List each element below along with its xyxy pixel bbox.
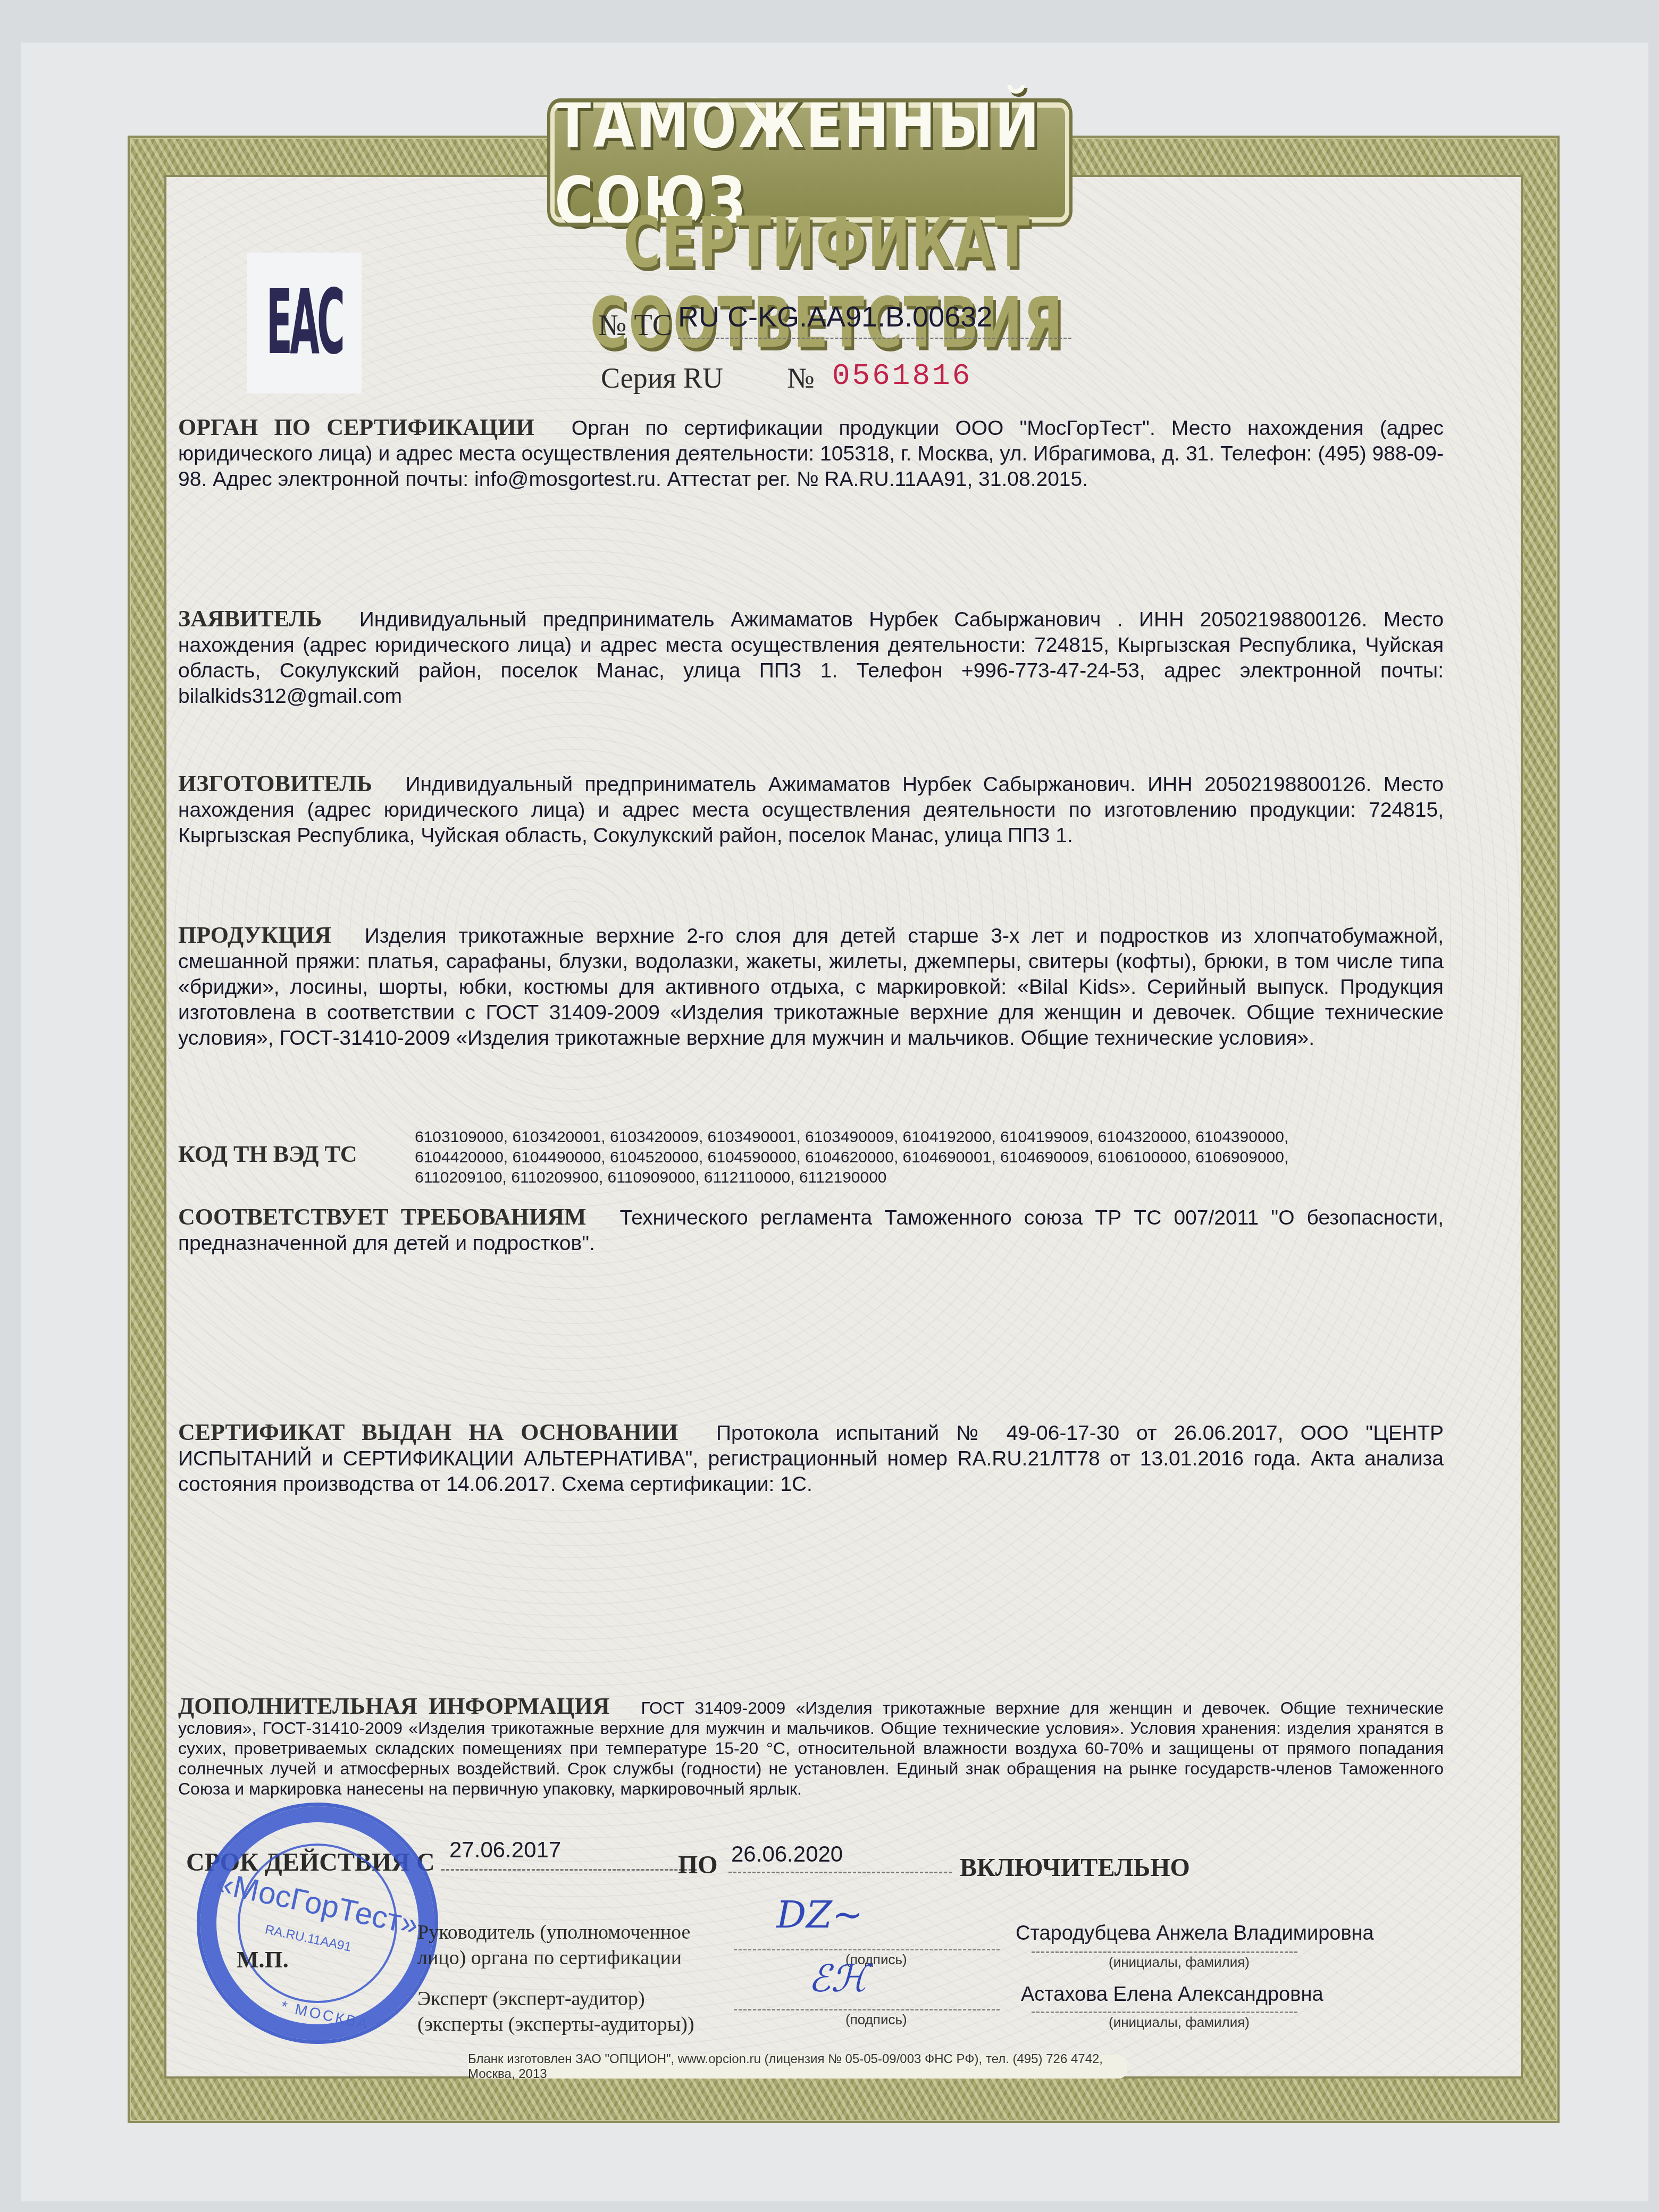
head-name: Стародубцева Анжела Владимировна: [1016, 1922, 1374, 1945]
series-number-value: 0561816: [832, 359, 972, 393]
section-heading: ОРГАН ПО СЕРТИФИКАЦИИ: [178, 414, 534, 440]
tc-number-value: RU C-KG.AA91.B.00632: [678, 300, 1071, 339]
expert-name-line: [1032, 2012, 1297, 2013]
head-signature: Ǳ~: [776, 1893, 863, 1937]
issued-basis-section: СЕРТИФИКАТ ВЫДАН НА ОСНОВАНИИ Протокола …: [178, 1420, 1444, 1497]
section-heading: СООТВЕТСТВУЕТ ТРЕБОВАНИЯМ: [178, 1204, 586, 1230]
section-text: Индивидуальный предприниматель Ажимамато…: [178, 608, 1444, 708]
tn-ved-heading: КОД ТН ВЭД ТС: [178, 1141, 357, 1168]
additional-info-section: ДОПОЛНИТЕЛЬНАЯ ИНФОРМАЦИЯ ГОСТ 31409-200…: [178, 1696, 1444, 1799]
expert-label-line-2: (эксперты (эксперты-аудиторы)): [417, 2012, 694, 2037]
head-label-line-2: лицо) органа по сертификации: [417, 1945, 690, 1971]
expert-signature-caption: (подпись): [845, 2012, 907, 2028]
expert-label-line-1: Эксперт (эксперт-аудитор): [417, 1986, 694, 2012]
validity-from-date: 27.06.2017: [449, 1837, 561, 1863]
section-heading: СЕРТИФИКАТ ВЫДАН НА ОСНОВАНИИ: [178, 1419, 678, 1445]
expert-name-caption: (инициалы, фамилия): [1109, 2014, 1250, 2031]
product-section: ПРОДУКЦИЯ Изделия трикотажные верхние 2-…: [178, 923, 1444, 1051]
validity-from-line: [441, 1869, 697, 1871]
head-signature-line: [734, 1949, 1000, 1950]
series-number-label: №: [787, 362, 815, 395]
validity-to-date: 26.06.2020: [731, 1841, 843, 1867]
section-heading: ДОПОЛНИТЕЛЬНАЯ ИНФОРМАЦИЯ: [178, 1693, 609, 1719]
validity-to-line: [728, 1872, 952, 1873]
series-label: Серия RU: [601, 362, 723, 395]
validity-to-label: ПО: [678, 1850, 718, 1880]
expert-signature: ℰℋ: [808, 1957, 868, 2000]
mosgortest-stamp: «МосГорТест» RA.RU.11AA91 * МОСКВА *: [197, 1803, 438, 2044]
head-label-line-1: Руководитель (уполномоченное: [417, 1920, 690, 1945]
tc-number-label: № ТС: [598, 308, 672, 342]
section-text: Изделия трикотажные верхние 2-го слоя дл…: [178, 925, 1444, 1050]
expert-name: Астахова Елена Александровна: [1021, 1983, 1323, 2006]
applicant-section: ЗАЯВИТЕЛЬ Индивидуальный предприниматель…: [178, 606, 1444, 709]
printer-note: Бланк изготовлен ЗАО "ОПЦИОН", www.opcio…: [468, 2055, 1127, 2079]
validity-inclusive-label: ВКЛЮЧИТЕЛЬНО: [960, 1853, 1190, 1882]
manufacturer-section: ИЗГОТОВИТЕЛЬ Индивидуальный предпринимат…: [178, 771, 1444, 849]
certification-body-section: ОРГАН ПО СЕРТИФИКАЦИИ Орган по сертифика…: [178, 415, 1444, 492]
seal-place-label: М.П.: [237, 1946, 289, 1973]
section-heading: ИЗГОТОВИТЕЛЬ: [178, 770, 372, 797]
head-label: Руководитель (уполномоченное лицо) орган…: [417, 1920, 690, 1971]
section-heading: ПРОДУКЦИЯ: [178, 922, 331, 948]
section-heading: ЗАЯВИТЕЛЬ: [178, 606, 322, 632]
expert-signature-line: [734, 2009, 1000, 2010]
head-name-line: [1032, 1951, 1297, 1953]
eac-logo: ЕАС: [247, 253, 362, 393]
stamp-city: * МОСКВА *: [280, 1998, 385, 2036]
conforms-section: СООТВЕТСТВУЕТ ТРЕБОВАНИЯМ Технического р…: [178, 1204, 1444, 1256]
tn-ved-codes: 6103109000, 6103420001, 6103420009, 6103…: [415, 1127, 1372, 1188]
head-name-caption: (инициалы, фамилия): [1109, 1954, 1250, 1971]
expert-label: Эксперт (эксперт-аудитор) (эксперты (экс…: [417, 1986, 694, 2037]
eac-mark-icon: ЕАС: [266, 271, 342, 375]
